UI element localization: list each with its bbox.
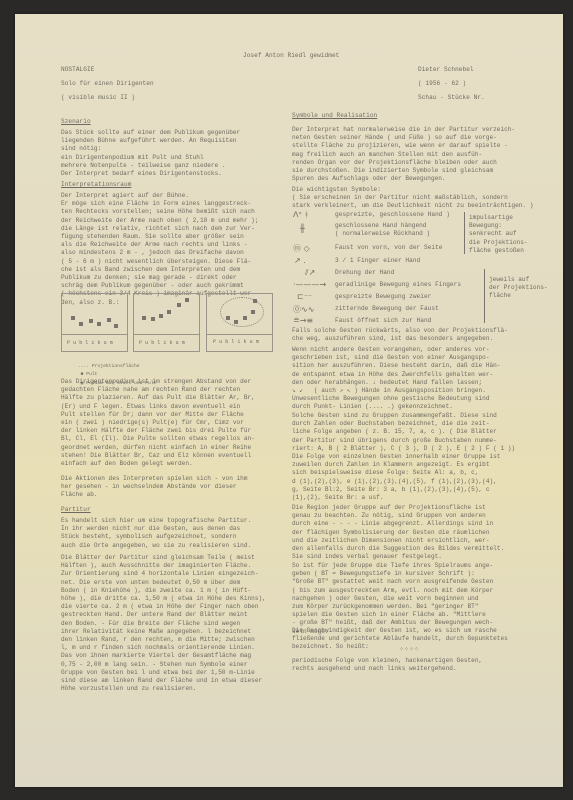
diagram-label-2: P u b l i k u m xyxy=(139,339,185,347)
author: Dieter Schnebel xyxy=(418,66,474,74)
bracket-surface xyxy=(484,269,485,323)
interpretation-space-heading: Interpretationsraum xyxy=(61,181,131,189)
scenario-heading: Szenario xyxy=(61,118,91,126)
spread-motion-icon: ⊏⁻⁻ xyxy=(297,292,312,301)
hand-rotation-icon: ⫽↗ xyxy=(305,268,315,278)
series: ( visible music II ) xyxy=(61,94,135,102)
spread-hand-icon: ᐱᐢ ᚼ xyxy=(293,210,309,219)
catalog-number: Schau - Stücke Nr. xyxy=(418,94,485,102)
score-text-1: Es handelt sich hier um eine topografisc… xyxy=(61,517,251,550)
important-symbols-note: ( Sie erscheinen in der Partitur nicht m… xyxy=(292,194,533,210)
speed-text-2: periodische Folge von kleinen, hackenart… xyxy=(292,657,482,673)
start-position-text: Wenn nicht andere Gesten vorangehen, ode… xyxy=(292,346,500,412)
depth-text: So ist für jede Gruppe die Tiefe ihres S… xyxy=(292,562,493,636)
interpretation-space-text: Der Interpret agiert auf der Bühne. Er m… xyxy=(61,192,258,307)
actions-text: Die Aktionen des Interpreten spielen sic… xyxy=(61,475,248,500)
document-page: Josef Anton Riedl gewidmet NOSTALGIE Sol… xyxy=(15,14,563,787)
symbols-heading: Symbole und Realisation xyxy=(292,112,377,120)
subtitle: Solo für einen Dirigenten xyxy=(61,80,154,88)
backward-gestures-text: Falls solche Gesten rückwärts, also von … xyxy=(292,327,508,343)
title: NOSTALGIE xyxy=(61,66,94,74)
finger-icon: ↗ . xyxy=(294,256,306,265)
bracket-surface-text: jeweils auf der Projektions- fläche xyxy=(489,276,548,301)
symbols-intro: Der Interpret hat normalerweise die in d… xyxy=(292,126,515,183)
hanging-hand-icon: ╫ xyxy=(300,224,305,233)
score-heading: Partitur xyxy=(61,506,91,514)
bracket-impulse-text: impulsartige Bewegung: senkrecht auf die… xyxy=(469,214,528,255)
fist-opens-icon: ≘→≡ xyxy=(293,316,313,325)
linear-motion-icon: ·———→ xyxy=(293,280,326,289)
score-text-2: Die Blätter der Partitur sind gleichsam … xyxy=(61,554,266,693)
diagram-label-3: P u b l i k u m xyxy=(213,338,259,346)
scenario-text: Das Stück sollte auf einer dem Publikum … xyxy=(61,129,240,178)
years: ( 1956 - 62 ) xyxy=(418,80,466,88)
podium-text: Das Dirigentenpodium ist im strengen Abs… xyxy=(61,378,255,468)
diagram-label-1: P u b l i k u m xyxy=(67,339,113,347)
speed-notation-icon: ⁘⁘⁘⁘ xyxy=(399,646,419,653)
groups-text: Solche Gesten sind zu Gruppen zusammenge… xyxy=(292,412,515,502)
region-text: Die Region jeder Gruppe auf der Projekti… xyxy=(292,504,504,561)
bracket-impulse xyxy=(464,212,465,254)
trembling-fist-icon: ⓪∿∿ xyxy=(293,304,314,315)
dedication: Josef Anton Riedl gewidmet xyxy=(243,52,339,60)
fist-icon: ⓜ ◇ xyxy=(293,243,310,254)
important-symbols-heading: Die wichtigsten Symbole: xyxy=(292,186,381,194)
